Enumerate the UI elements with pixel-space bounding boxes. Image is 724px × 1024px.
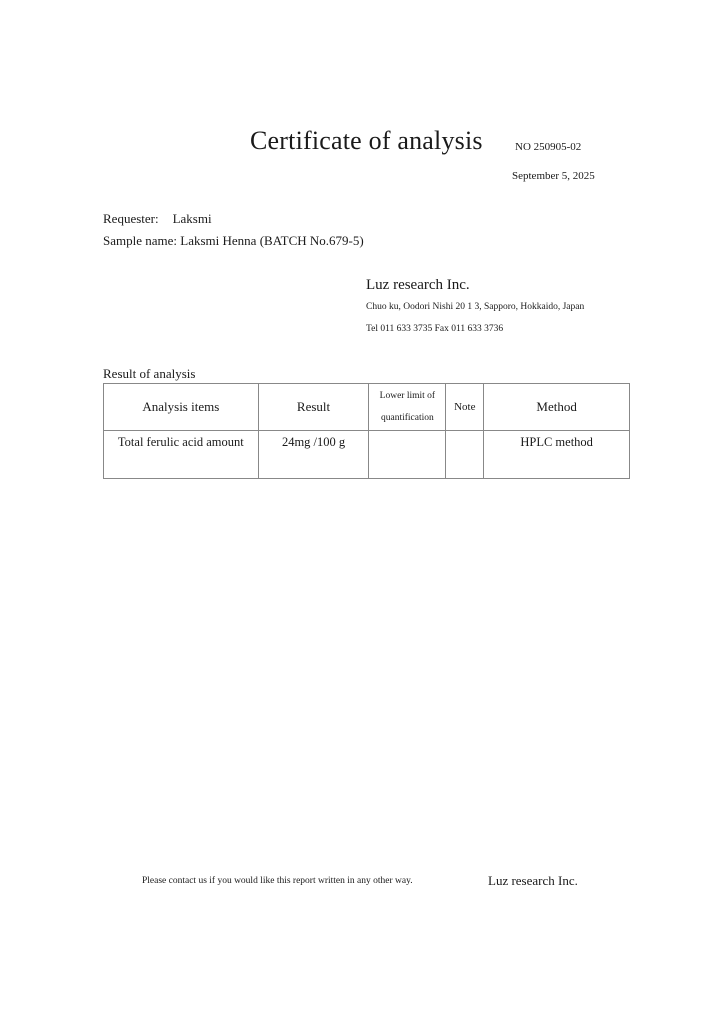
- document-number: NO 250905-02: [515, 141, 581, 153]
- cell-lower-limit: [369, 431, 446, 479]
- issuer-company: Luz research Inc.: [366, 277, 470, 294]
- results-section-label: Result of analysis: [103, 366, 195, 382]
- issue-date: September 5, 2025: [512, 170, 595, 182]
- results-table: Analysis items Result Lower limit of qua…: [103, 383, 630, 479]
- requester-line: Requester:Laksmi: [103, 211, 212, 227]
- header-method: Method: [484, 384, 630, 431]
- table-row: Total ferulic acid amount 24mg /100 g HP…: [104, 431, 630, 479]
- footer-note: Please contact us if you would like this…: [142, 876, 413, 886]
- header-analysis-items: Analysis items: [104, 384, 259, 431]
- footer-company: Luz research Inc.: [488, 873, 578, 889]
- header-lower-limit: Lower limit of quantification: [369, 384, 446, 431]
- sample-label: Sample name:: [103, 233, 177, 248]
- issuer-contact: Tel 011 633 3735 Fax 011 633 3736: [366, 324, 503, 334]
- header-lower-limit-line2: quantification: [369, 407, 445, 429]
- cell-result: 24mg /100 g: [258, 431, 369, 479]
- requester-label: Requester:: [103, 211, 159, 226]
- header-note: Note: [446, 384, 484, 431]
- table-header-row: Analysis items Result Lower limit of qua…: [104, 384, 630, 431]
- issuer-address: Chuo ku, Oodori Nishi 20 1 3, Sapporo, H…: [366, 302, 584, 312]
- requester-value: Laksmi: [173, 211, 212, 226]
- sample-value: Laksmi Henna (BATCH No.679-5): [180, 233, 363, 248]
- sample-line: Sample name: Laksmi Henna (BATCH No.679-…: [103, 233, 364, 249]
- header-lower-limit-line1: Lower limit of: [369, 385, 445, 407]
- header-result: Result: [258, 384, 369, 431]
- cell-note: [446, 431, 484, 479]
- cell-method: HPLC method: [484, 431, 630, 479]
- document-title: Certificate of analysis: [250, 126, 483, 156]
- cell-analysis-item: Total ferulic acid amount: [104, 431, 259, 479]
